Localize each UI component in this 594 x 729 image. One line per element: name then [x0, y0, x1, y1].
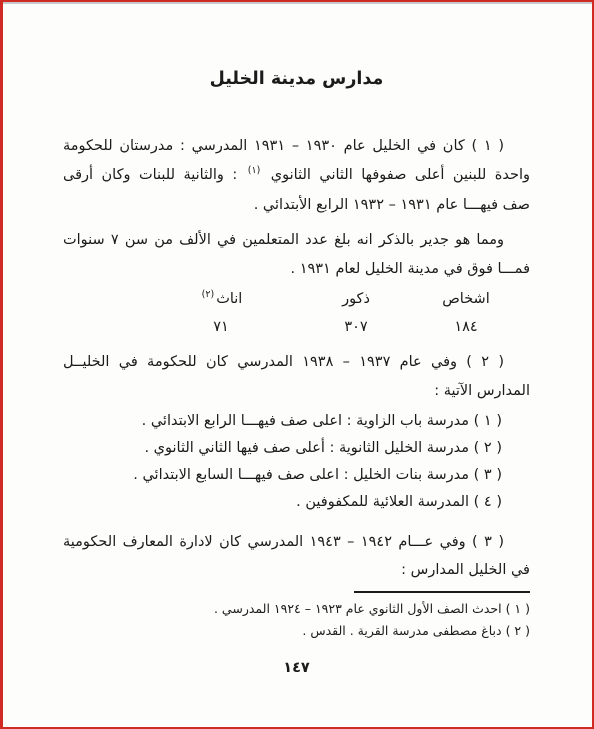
list-item: ( ٤ ) المدرسة العلائية للمكفوفين . [63, 489, 530, 516]
footnote-marker-1: (١) [246, 165, 263, 176]
paragraph-line: فمـــا فوق في مدينة الخليل لعام ١٩٣١ . [63, 255, 530, 284]
page-number: ١٤٧ [63, 654, 530, 683]
paragraph-text: واحدة للبنين أعلى صفوفها الثاني الثانوي [262, 167, 530, 183]
table-header-row: اشخاص ذكور اناث(٢) [63, 286, 530, 314]
header-females-label: اناث [216, 291, 242, 307]
footnote-separator-rule [354, 591, 530, 593]
paragraph-2: ومما هو جدير بالذكر انه بلغ عدد المتعلمي… [63, 226, 530, 284]
paragraph-1: ( ١ ) كان في الخليل عام ١٩٣٠ – ١٩٣١ المد… [63, 132, 530, 220]
header-persons: اشخاص [402, 286, 530, 314]
statistics-table: اشخاص ذكور اناث(٢) ١٨٤ ٣٠٧ ٧١ [63, 286, 530, 340]
header-males: ذكور [310, 286, 402, 314]
list-item: ( ٢ ) مدرسة الخليل الثانوية : أعلى صف في… [63, 435, 530, 462]
value-males: ٣٠٧ [310, 314, 402, 340]
scanned-book-page: مدارس مدينة الخليل ( ١ ) كان في الخليل ع… [0, 0, 594, 729]
paragraph-3: ( ٢ ) وفي عام ١٩٣٧ – ١٩٣٨ المدرسي كان لل… [63, 348, 530, 406]
paragraph-line: في الخليل المدارس : [63, 556, 530, 584]
paragraph-line: واحدة للبنين أعلى صفوفها الثاني الثانوي … [63, 161, 530, 191]
school-list: ( ١ ) مدرسة باب الزاوية : اعلى صف فيهـــ… [63, 408, 530, 516]
footnote: ( ١ ) احدث الصف الأول الثانوي عام ١٩٢٣ –… [63, 598, 530, 620]
value-persons: ١٨٤ [402, 314, 530, 340]
paragraph-4: ( ٣ ) وفي عـــام ١٩٤٢ – ١٩٤٣ المدرسي كان… [63, 528, 530, 584]
paragraph-line: المدارس الآتية : [63, 377, 530, 406]
table-value-row: ١٨٤ ٣٠٧ ٧١ [63, 314, 530, 340]
list-item: ( ٣ ) مدرسة بنات الخليل : اعلى صف فيهـــ… [63, 462, 530, 489]
footnotes: ( ١ ) احدث الصف الأول الثانوي عام ١٩٢٣ –… [63, 598, 530, 642]
header-females: اناث(٢) [146, 286, 296, 314]
paragraph-line: ( ١ ) كان في الخليل عام ١٩٣٠ – ١٩٣١ المد… [63, 132, 530, 161]
paragraph-line: صف فيهـــا عام ١٩٣١ – ١٩٣٢ الرابع الأبتد… [63, 191, 530, 220]
footnote: ( ٢ ) دباغ مصطفى مدرسة القرية . القدس . [63, 620, 530, 642]
footnote-marker-2: (٢) [200, 289, 217, 300]
page-content: مدارس مدينة الخليل ( ١ ) كان في الخليل ع… [3, 4, 592, 727]
page-title: مدارس مدينة الخليل [63, 66, 530, 92]
value-females: ٧١ [146, 314, 296, 340]
paragraph-line: ( ٢ ) وفي عام ١٩٣٧ – ١٩٣٨ المدرسي كان لل… [63, 348, 530, 377]
list-item: ( ١ ) مدرسة باب الزاوية : اعلى صف فيهـــ… [63, 408, 530, 435]
paragraph-line: ومما هو جدير بالذكر انه بلغ عدد المتعلمي… [63, 226, 530, 255]
paragraph-line: ( ٣ ) وفي عـــام ١٩٤٢ – ١٩٤٣ المدرسي كان… [63, 528, 530, 556]
paragraph-text: : والثانية للبنات وكان أرقى [63, 167, 246, 183]
